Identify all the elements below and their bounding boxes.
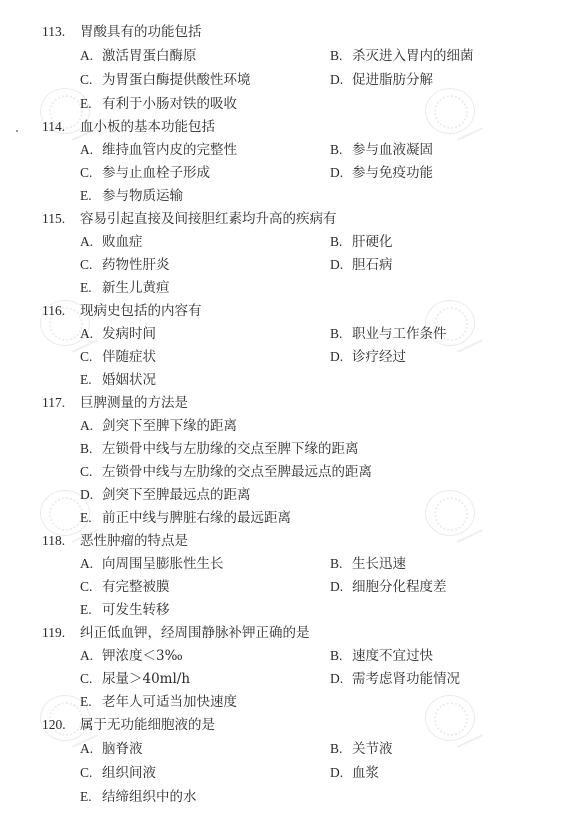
option-text: 伴随症状: [102, 349, 156, 365]
option-text: 可发生转移: [102, 602, 170, 618]
option-c: C.参与止血栓子形成: [80, 162, 210, 184]
option-d: D.促进脂肪分解: [330, 69, 433, 91]
option-c: C.尿量＞40ml/h: [80, 668, 190, 690]
option-label: A.: [80, 415, 102, 437]
option-label: D.: [330, 254, 352, 276]
option-b: B.杀灭进入胃内的细菌: [330, 45, 474, 67]
option-a: A.向周围呈膨胀性生长: [80, 553, 224, 575]
option-e: E.前正中线与脾脏右缘的最远距离: [80, 507, 291, 529]
option-text: 败血症: [102, 234, 143, 250]
option-c: C.药物性肝炎: [80, 254, 170, 276]
option-a: A.脑脊液: [80, 738, 143, 760]
option-label: C.: [80, 69, 102, 91]
option-text: 药物性肝炎: [102, 257, 170, 273]
option-label: C.: [80, 254, 102, 276]
option-b: B.生长迅速: [330, 553, 406, 575]
option-text: 诊疗经过: [352, 349, 406, 365]
option-text: 速度不宜过快: [352, 648, 433, 664]
option-e: E.结缔组织中的水: [80, 786, 197, 808]
option-a: A.剑突下至脾下缘的距离: [80, 415, 237, 437]
option-text: 激活胃蛋白酶原: [102, 48, 197, 64]
option-text: 向周围呈膨胀性生长: [102, 556, 224, 572]
question-stem: 血小板的基本功能包括: [80, 116, 215, 138]
option-d: D.剑突下至脾最远点的距离: [80, 484, 251, 506]
question-number: 115.: [42, 208, 65, 230]
option-a: A.钾浓度＜3‰: [80, 645, 183, 667]
option-text: 参与物质运输: [102, 188, 183, 204]
option-label: C.: [80, 162, 102, 184]
exam-page: 113. 胃酸具有的功能包括 A.激活胃蛋白酶原 B.杀灭进入胃内的细菌 C.为…: [0, 0, 580, 823]
option-text: 左锁骨中线与左肋缘的交点至脾最远点的距离: [102, 464, 372, 480]
question-number: 120.: [42, 714, 66, 736]
option-label: B.: [330, 553, 352, 575]
option-label: B.: [330, 323, 352, 345]
option-c: C.为胃蛋白酶提供酸性环境: [80, 69, 251, 91]
option-c: C.组织间液: [80, 762, 156, 784]
option-label: A.: [80, 139, 102, 161]
option-text: 老年人可适当加快速度: [102, 694, 237, 710]
option-text: 生长迅速: [352, 556, 406, 572]
option-text: 维持血管内皮的完整性: [102, 142, 237, 158]
option-label: A.: [80, 231, 102, 253]
option-label: E.: [80, 691, 102, 713]
option-d: D.诊疗经过: [330, 346, 406, 368]
question-number: 119.: [42, 622, 65, 644]
option-a: A.败血症: [80, 231, 143, 253]
option-text: 钾浓度＜3‰: [102, 648, 183, 664]
option-b: B.关节液: [330, 738, 393, 760]
option-e: E.参与物质运输: [80, 185, 183, 207]
question-number: 114.: [42, 116, 65, 138]
option-label: D.: [330, 762, 352, 784]
option-label: A.: [80, 45, 102, 67]
option-label: A.: [80, 738, 102, 760]
option-label: C.: [80, 576, 102, 598]
option-label: B.: [330, 45, 352, 67]
option-text: 前正中线与脾脏右缘的最远距离: [102, 510, 291, 526]
option-label: A.: [80, 645, 102, 667]
scan-speck: [16, 130, 18, 132]
option-text: 参与止血栓子形成: [102, 165, 210, 181]
option-label: B.: [80, 438, 102, 460]
option-label: A.: [80, 323, 102, 345]
option-text: 剑突下至脾下缘的距离: [102, 418, 237, 434]
option-text: 肝硬化: [352, 234, 393, 250]
option-text: 参与血液凝固: [352, 142, 433, 158]
option-text: 脑脊液: [102, 741, 143, 757]
option-label: E.: [80, 599, 102, 621]
option-label: B.: [330, 645, 352, 667]
question-number: 113.: [42, 21, 65, 43]
question-stem: 巨脾测量的方法是: [80, 392, 188, 414]
option-d: D.参与免疫功能: [330, 162, 433, 184]
option-text: 胆石病: [352, 257, 393, 273]
question-number: 116.: [42, 300, 65, 322]
option-d: D.需考虑肾功能情况: [330, 668, 460, 690]
option-e: E.老年人可适当加快速度: [80, 691, 237, 713]
option-text: 尿量＞40ml/h: [102, 671, 190, 687]
question-stem: 属于无功能细胞液的是: [80, 714, 215, 736]
option-text: 有完整被膜: [102, 579, 170, 595]
option-d: D.胆石病: [330, 254, 393, 276]
option-label: D.: [330, 576, 352, 598]
option-label: E.: [80, 369, 102, 391]
option-text: 关节液: [352, 741, 393, 757]
option-label: E.: [80, 786, 102, 808]
question-stem: 胃酸具有的功能包括: [80, 21, 202, 43]
option-text: 职业与工作条件: [352, 326, 447, 342]
option-text: 组织间液: [102, 765, 156, 781]
question-stem: 现病史包括的内容有: [80, 300, 202, 322]
question-stem: 容易引起直接及间接胆红素均升高的疾病有: [80, 208, 337, 230]
option-e: E.婚姻状况: [80, 369, 156, 391]
question-number: 117.: [42, 392, 65, 414]
option-label: C.: [80, 762, 102, 784]
option-b: B.速度不宜过快: [330, 645, 433, 667]
option-b: B.参与血液凝固: [330, 139, 433, 161]
option-d: D.细胞分化程度差: [330, 576, 447, 598]
option-label: E.: [80, 93, 102, 115]
option-text: 剑突下至脾最远点的距离: [102, 487, 251, 503]
watermark-seal-icon: [425, 88, 475, 134]
watermark-seal-icon: [425, 695, 475, 741]
option-label: D.: [330, 162, 352, 184]
option-b: B.肝硬化: [330, 231, 393, 253]
option-b: B.职业与工作条件: [330, 323, 447, 345]
option-label: D.: [330, 346, 352, 368]
option-label: B.: [330, 231, 352, 253]
option-text: 促进脂肪分解: [352, 72, 433, 88]
option-label: B.: [330, 738, 352, 760]
question-stem: 纠正低血钾，经周围静脉补钾正确的是: [80, 622, 310, 644]
option-text: 婚姻状况: [102, 372, 156, 388]
watermark-seal-icon: [425, 490, 475, 536]
option-e: E.有利于小肠对铁的吸收: [80, 93, 237, 115]
option-text: 需考虑肾功能情况: [352, 671, 460, 687]
option-text: 细胞分化程度差: [352, 579, 447, 595]
option-e: E.新生儿黄疸: [80, 277, 170, 299]
option-label: A.: [80, 553, 102, 575]
option-a: A.发病时间: [80, 323, 156, 345]
option-b: B.左锁骨中线与左肋缘的交点至脾下缘的距离: [80, 438, 359, 460]
option-a: A.激活胃蛋白酶原: [80, 45, 197, 67]
option-label: C.: [80, 461, 102, 483]
option-text: 发病时间: [102, 326, 156, 342]
option-label: D.: [330, 668, 352, 690]
option-text: 血浆: [352, 765, 379, 781]
option-text: 新生儿黄疸: [102, 280, 170, 296]
option-label: C.: [80, 346, 102, 368]
option-c: C.有完整被膜: [80, 576, 170, 598]
option-label: E.: [80, 185, 102, 207]
option-label: B.: [330, 139, 352, 161]
option-label: D.: [330, 69, 352, 91]
option-text: 参与免疫功能: [352, 165, 433, 181]
option-c: C.伴随症状: [80, 346, 156, 368]
option-e: E.可发生转移: [80, 599, 170, 621]
question-number: 118.: [42, 530, 65, 552]
option-text: 左锁骨中线与左肋缘的交点至脾下缘的距离: [102, 441, 359, 457]
option-c: C.左锁骨中线与左肋缘的交点至脾最远点的距离: [80, 461, 372, 483]
option-a: A.维持血管内皮的完整性: [80, 139, 237, 161]
option-label: C.: [80, 668, 102, 690]
option-text: 杀灭进入胃内的细菌: [352, 48, 474, 64]
option-label: E.: [80, 507, 102, 529]
option-text: 有利于小肠对铁的吸收: [102, 96, 237, 112]
option-d: D.血浆: [330, 762, 379, 784]
option-label: D.: [80, 484, 102, 506]
question-stem: 恶性肿瘤的特点是: [80, 530, 188, 552]
option-text: 为胃蛋白酶提供酸性环境: [102, 72, 251, 88]
option-text: 结缔组织中的水: [102, 789, 197, 805]
option-label: E.: [80, 277, 102, 299]
